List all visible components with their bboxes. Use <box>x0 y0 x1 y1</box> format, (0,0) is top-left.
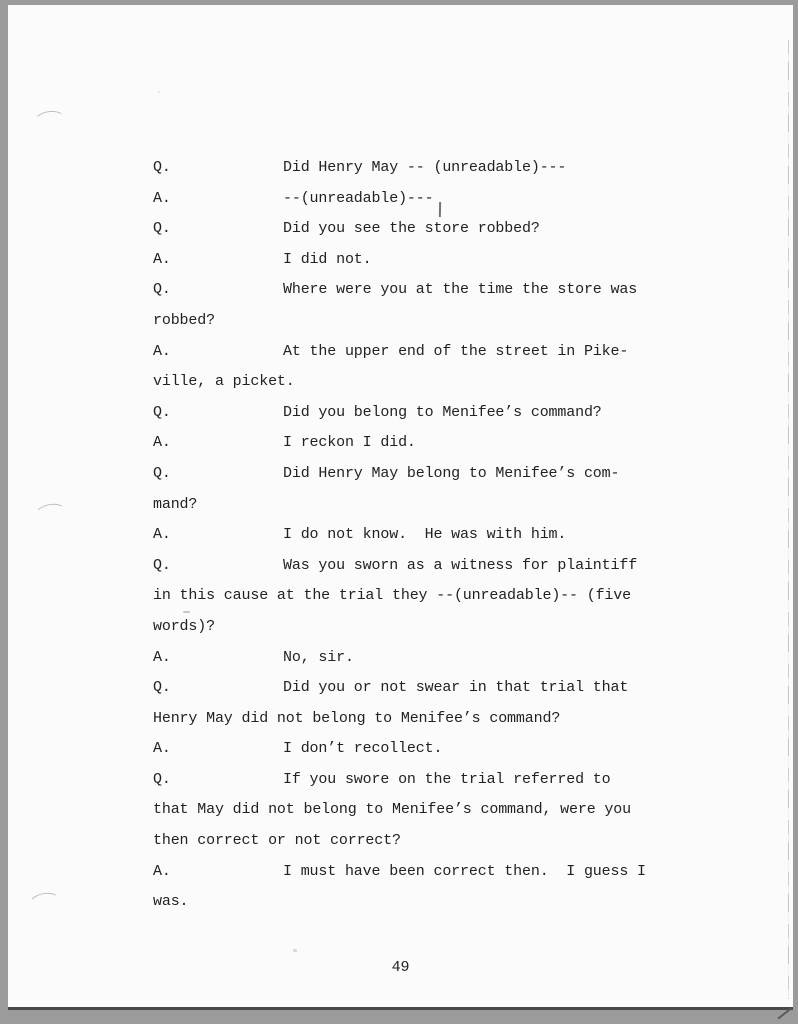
speaker-label: Q. <box>153 275 283 306</box>
pencil-arc-mark <box>28 890 63 915</box>
line-text: that May did not belong to Menifee’s com… <box>153 801 631 818</box>
page-number: 49 <box>8 953 793 984</box>
page-corner-curl <box>777 1007 792 1019</box>
transcript-line: A.I do not know. He was with him. <box>153 520 763 551</box>
line-text: I did not. <box>283 251 372 268</box>
speaker-label: Q. <box>153 673 283 704</box>
transcript-line: in this cause at the trial they --(unrea… <box>153 581 763 612</box>
speaker-label: A. <box>153 734 283 765</box>
transcript-line: Q.If you swore on the trial referred to <box>153 765 763 796</box>
line-text: Where were you at the time the store was <box>283 281 637 298</box>
transcript-line: A.I don’t recollect. <box>153 734 763 765</box>
transcript-line: A.No, sir. <box>153 643 763 674</box>
line-text: Did Henry May belong to Menifee’s com- <box>283 465 619 482</box>
transcript-line: mand? <box>153 490 763 521</box>
line-text: was. <box>153 893 188 910</box>
speaker-label: Q. <box>153 398 283 429</box>
document-page: Q.Did Henry May -- (unreadable)---A.--(u… <box>8 5 793 1010</box>
speaker-label: A. <box>153 428 283 459</box>
line-text: mand? <box>153 496 197 513</box>
pencil-arc-mark <box>33 109 67 133</box>
transcript-line: Q.Was you sworn as a witness for plainti… <box>153 551 763 582</box>
line-text: Did Henry May -- (unreadable)--- <box>283 159 566 176</box>
line-text: ville, a picket. <box>153 373 295 390</box>
line-text: Was you sworn as a witness for plaintiff <box>283 557 637 574</box>
transcript-line: A.I reckon I did. <box>153 428 763 459</box>
transcript-line: words)? <box>153 612 763 643</box>
speaker-label: Q. <box>153 551 283 582</box>
transcript-line: Henry May did not belong to Menifee’s co… <box>153 704 763 735</box>
transcript: Q.Did Henry May -- (unreadable)---A.--(u… <box>153 153 763 918</box>
line-text: in this cause at the trial they --(unrea… <box>153 587 631 604</box>
transcript-line: A.--(unreadable)--- <box>153 184 763 215</box>
speaker-label: A. <box>153 857 283 888</box>
line-text: words)? <box>153 618 215 635</box>
transcript-line: robbed? <box>153 306 763 337</box>
transcript-line: Q.Where were you at the time the store w… <box>153 275 763 306</box>
speaker-label: A. <box>153 520 283 551</box>
transcript-line: that May did not belong to Menifee’s com… <box>153 795 763 826</box>
transcript-line: Q.Did you or not swear in that trial tha… <box>153 673 763 704</box>
transcript-line: A.I must have been correct then. I guess… <box>153 857 763 888</box>
line-text: Henry May did not belong to Menifee’s co… <box>153 710 560 727</box>
transcript-line: Q.Did you belong to Menifee’s command? <box>153 398 763 429</box>
transcript-line: A.At the upper end of the street in Pike… <box>153 337 763 368</box>
line-text: No, sir. <box>283 649 354 666</box>
speaker-label: Q. <box>153 153 283 184</box>
line-text: If you swore on the trial referred to <box>283 771 611 788</box>
speaker-label: Q. <box>153 765 283 796</box>
line-text: I must have been correct then. I guess I <box>283 863 646 880</box>
line-text: --(unreadable)--- <box>283 190 433 207</box>
line-text: robbed? <box>153 312 215 329</box>
transcript-line: Q.Did you see the store robbed? <box>153 214 763 245</box>
transcript-line: ville, a picket. <box>153 367 763 398</box>
scan-speck <box>293 949 297 952</box>
line-text: I don’t recollect. <box>283 740 442 757</box>
speaker-label: Q. <box>153 214 283 245</box>
transcript-line: Q.Did Henry May belong to Menifee’s com- <box>153 459 763 490</box>
transcript-line: then correct or not correct? <box>153 826 763 857</box>
speaker-label: A. <box>153 184 283 215</box>
scan-speck <box>158 91 160 93</box>
speaker-label: A. <box>153 245 283 276</box>
speaker-label: A. <box>153 337 283 368</box>
transcript-line: Q.Did Henry May -- (unreadable)--- <box>153 153 763 184</box>
speaker-label: A. <box>153 643 283 674</box>
line-text: Did you see the store robbed? <box>283 220 540 237</box>
line-text: Did you or not swear in that trial that <box>283 679 628 696</box>
speaker-label: Q. <box>153 459 283 490</box>
line-text: then correct or not correct? <box>153 832 401 849</box>
transcript-line: was. <box>153 887 763 918</box>
pencil-arc-mark <box>34 502 69 527</box>
line-text: I do not know. He was with him. <box>283 526 566 543</box>
line-text: Did you belong to Menifee’s command? <box>283 404 602 421</box>
line-text: I reckon I did. <box>283 434 416 451</box>
scanned-page-background: Q.Did Henry May -- (unreadable)---A.--(u… <box>0 0 798 1024</box>
line-text: At the upper end of the street in Pike- <box>283 343 628 360</box>
transcript-line: A.I did not. <box>153 245 763 276</box>
